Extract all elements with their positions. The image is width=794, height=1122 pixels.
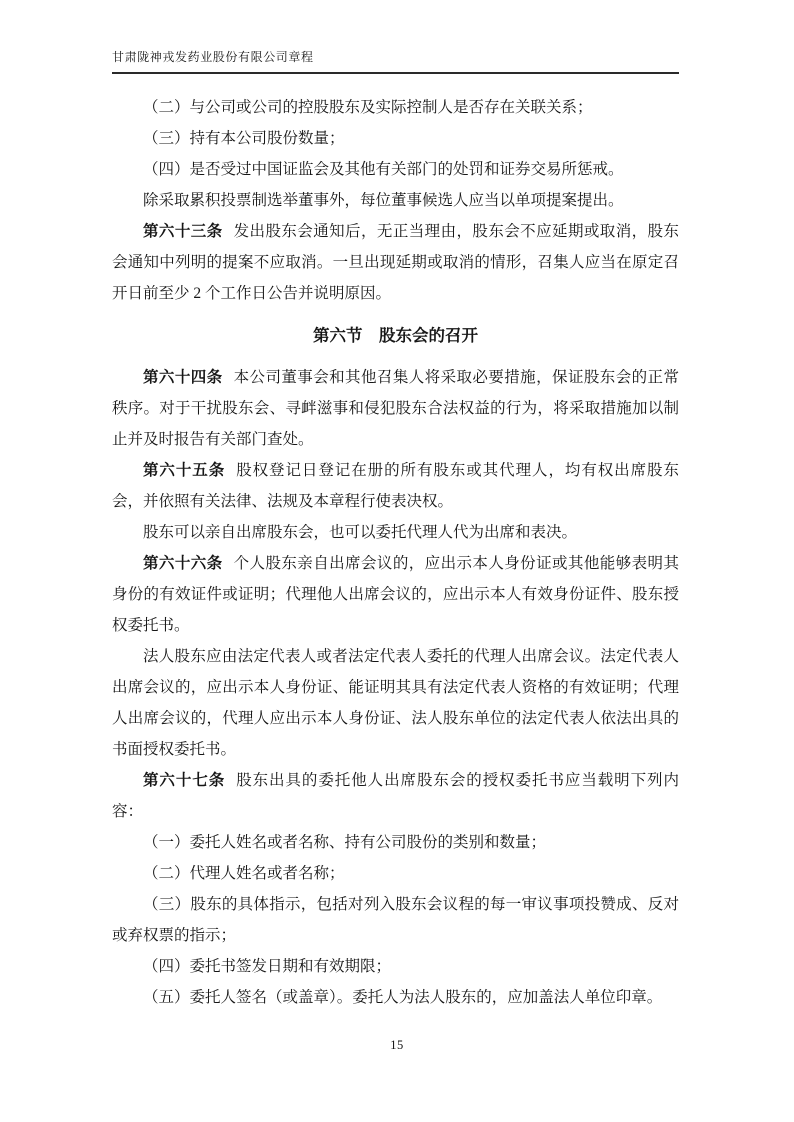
article-number: 第六十四条	[143, 369, 223, 386]
list-item-paragraph: （三）股东的具体指示，包括对列入股东会议程的每一审议事项投赞成、反对或弃权票的指…	[112, 889, 679, 951]
paragraph-text: （三）持有本公司股份数量；	[143, 130, 345, 147]
paragraph-text: 法人股东应由法定代表人或者法定代表人委托的代理人出席会议。法定代表人出席会议的，…	[112, 648, 679, 758]
paragraph-text: 股东可以亲自出席股东会，也可以委托代理人代为出席和表决。	[143, 524, 577, 541]
page-header: 甘肃陇神戎发药业股份有限公司章程	[112, 48, 679, 74]
paragraph-text: 除采取累积投票制选举董事外，每位董事候选人应当以单项提案提出。	[143, 192, 624, 209]
section-heading: 第六节 股东会的召开	[112, 320, 679, 351]
article-paragraph: 第六十五条股权登记日登记在册的所有股东或其代理人，均有权出席股东会，并依照有关法…	[112, 455, 679, 517]
page-number: 15	[390, 1038, 404, 1052]
article-paragraph: 第六十六条个人股东亲自出席会议的，应出示本人身份证或其他能够表明其身份的有效证件…	[112, 548, 679, 641]
list-item-paragraph: （二）代理人姓名或者名称；	[112, 858, 679, 889]
article-paragraph: 第六十四条本公司董事会和其他召集人将采取必要措施，保证股东会的正常秩序。对于干扰…	[112, 362, 679, 455]
article-paragraph: 第六十七条股东出具的委托他人出席股东会的授权委托书应当载明下列内容：	[112, 765, 679, 827]
body-paragraph: 法人股东应由法定代表人或者法定代表人委托的代理人出席会议。法定代表人出席会议的，…	[112, 641, 679, 765]
article-number: 第六十五条	[143, 462, 225, 479]
header-title: 甘肃陇神戎发药业股份有限公司章程	[112, 48, 679, 72]
document-page: 甘肃陇神戎发药业股份有限公司章程 （二）与公司或公司的控股股东及实际控制人是否存…	[0, 0, 794, 1122]
list-item-paragraph: （一）委托人姓名或者名称、持有公司股份的类别和数量；	[112, 827, 679, 858]
article-number: 第六十三条	[143, 223, 223, 240]
paragraph-text: （二）代理人姓名或者名称；	[143, 865, 345, 882]
paragraph-text: （四）委托书签发日期和有效期限；	[143, 958, 391, 975]
page-footer: 15	[0, 1036, 794, 1054]
body-paragraph: 除采取累积投票制选举董事外，每位董事候选人应当以单项提案提出。	[112, 185, 679, 216]
list-item-paragraph: （四）委托书签发日期和有效期限；	[112, 951, 679, 982]
document-body: （二）与公司或公司的控股股东及实际控制人是否存在关联关系； （三）持有本公司股份…	[112, 92, 679, 1013]
paragraph-text: （四）是否受过中国证监会及其他有关部门的处罚和证券交易所惩戒。	[143, 161, 624, 178]
paragraph-text: （三）股东的具体指示，包括对列入股东会议程的每一审议事项投赞成、反对或弃权票的指…	[112, 896, 679, 944]
paragraph-text: （五）委托人签名（或盖章）。委托人为法人股东的，应加盖法人单位印章。	[143, 989, 662, 1006]
body-paragraph: 股东可以亲自出席股东会，也可以委托代理人代为出席和表决。	[112, 517, 679, 548]
article-paragraph: 第六十三条发出股东会通知后，无正当理由，股东会不应延期或取消，股东会通知中列明的…	[112, 216, 679, 309]
list-item-paragraph: （三）持有本公司股份数量；	[112, 123, 679, 154]
article-number: 第六十七条	[143, 772, 225, 789]
list-item-paragraph: （二）与公司或公司的控股股东及实际控制人是否存在关联关系；	[112, 92, 679, 123]
paragraph-text: （一）委托人姓名或者名称、持有公司股份的类别和数量；	[143, 834, 546, 851]
list-item-paragraph: （四）是否受过中国证监会及其他有关部门的处罚和证券交易所惩戒。	[112, 154, 679, 185]
list-item-paragraph: （五）委托人签名（或盖章）。委托人为法人股东的，应加盖法人单位印章。	[112, 982, 679, 1013]
article-number: 第六十六条	[143, 555, 223, 572]
paragraph-text: （二）与公司或公司的控股股东及实际控制人是否存在关联关系；	[143, 99, 593, 116]
